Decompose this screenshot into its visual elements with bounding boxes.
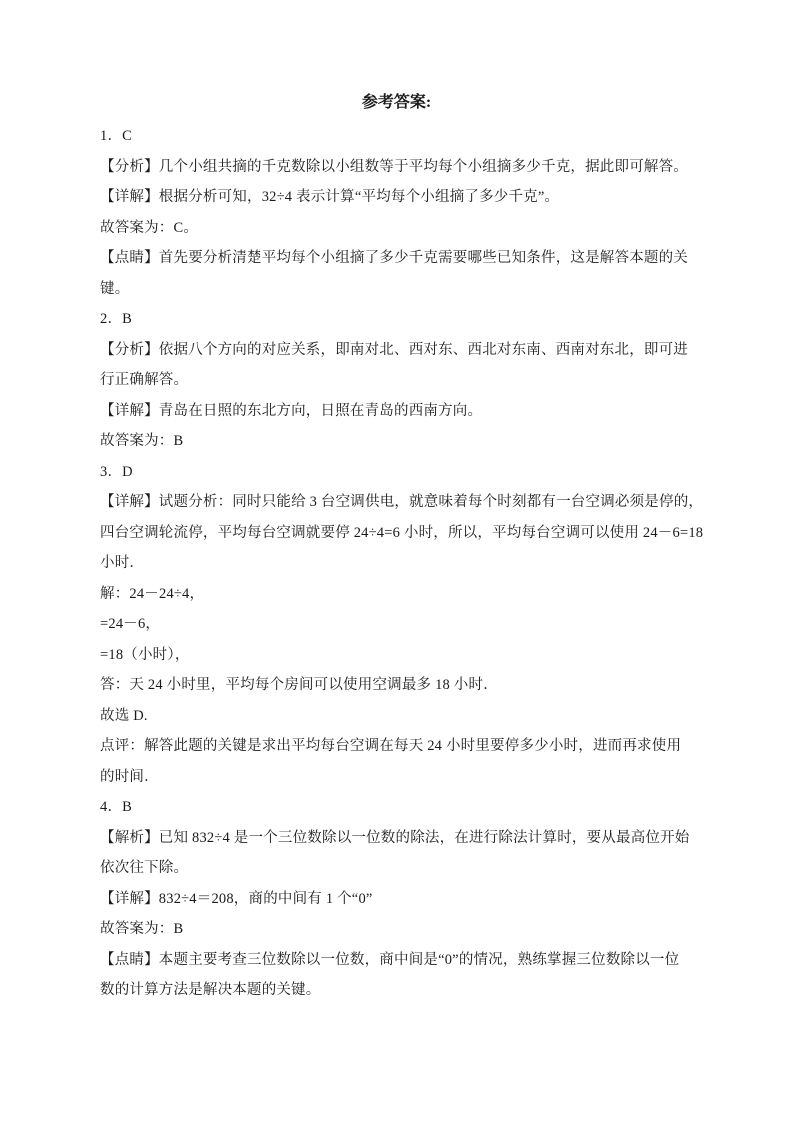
document-content: 1．C【分析】几个小组共摘的千克数除以小组数等于平均每个小组摘多少千克，据此即可… [100, 121, 701, 1006]
text-line: 【解析】已知 832÷4 是一个三位数除以一位数的除法，在进行除法计算时，要从最… [100, 823, 701, 854]
document-page: 参考答案: 1．C【分析】几个小组共摘的千克数除以小组数等于平均每个小组摘多少千… [0, 0, 793, 1122]
text-line: 3．D [100, 457, 701, 488]
text-line: 【详解】832÷4＝208，商的中间有 1 个“0” [100, 884, 701, 915]
text-line: 数的计算方法是解决本题的关键。 [100, 975, 701, 1006]
text-line: 小时． [100, 548, 701, 579]
text-line: 【点睛】首先要分析清楚平均每个小组摘了多少千克需要哪些已知条件，这是解答本题的关 [100, 243, 701, 274]
text-line: 4．B [100, 792, 701, 823]
page-title: 参考答案: [96, 92, 697, 114]
text-line: 四台空调轮流停，平均每台空调就要停 24÷4=6 小时，所以，平均每台空调可以使… [100, 518, 701, 549]
text-line: 的时间． [100, 762, 701, 793]
text-line: 解：24－24÷4， [100, 579, 701, 610]
text-line: 依次往下除。 [100, 853, 701, 884]
text-line: 故答案为：B [100, 914, 701, 945]
text-line: 故选 D. [100, 701, 701, 732]
text-line: 【详解】青岛在日照的东北方向，日照在青岛的西南方向。 [100, 396, 701, 427]
text-line: 点评：解答此题的关键是求出平均每台空调在每天 24 小时里要停多少小时，进而再求… [100, 731, 701, 762]
text-line: =24－6， [100, 609, 701, 640]
text-line: 故答案为：B [100, 426, 701, 457]
text-line: 键。 [100, 274, 701, 305]
text-line: 【点睛】本题主要考查三位数除以一位数，商中间是“0”的情况，熟练掌握三位数除以一… [100, 945, 701, 976]
text-line: 故答案为：C。 [100, 213, 701, 244]
text-line: 【分析】依据八个方向的对应关系，即南对北、西对东、西北对东南、西南对东北，即可进 [100, 335, 701, 366]
answer-block-1: 1．C【分析】几个小组共摘的千克数除以小组数等于平均每个小组摘多少千克，据此即可… [100, 121, 701, 304]
text-line: 2．B [100, 304, 701, 335]
text-line: 1．C [100, 121, 701, 152]
text-line: 【详解】根据分析可知，32÷4 表示计算“平均每个小组摘了多少千克”。 [100, 182, 701, 213]
text-line: 【详解】试题分析：同时只能给 3 台空调供电，就意味着每个时刻都有一台空调必须是… [100, 487, 701, 518]
text-line: 行正确解答。 [100, 365, 701, 396]
text-line: 【分析】几个小组共摘的千克数除以小组数等于平均每个小组摘多少千克，据此即可解答。 [100, 152, 701, 183]
answer-block-2: 2．B【分析】依据八个方向的对应关系，即南对北、西对东、西北对东南、西南对东北，… [100, 304, 701, 457]
text-line: =18（小时）， [100, 640, 701, 671]
answer-block-4: 4．B【解析】已知 832÷4 是一个三位数除以一位数的除法，在进行除法计算时，… [100, 792, 701, 1006]
text-line: 答：天 24 小时里，平均每个房间可以使用空调最多 18 小时． [100, 670, 701, 701]
answer-block-3: 3．D【详解】试题分析：同时只能给 3 台空调供电，就意味着每个时刻都有一台空调… [100, 457, 701, 793]
